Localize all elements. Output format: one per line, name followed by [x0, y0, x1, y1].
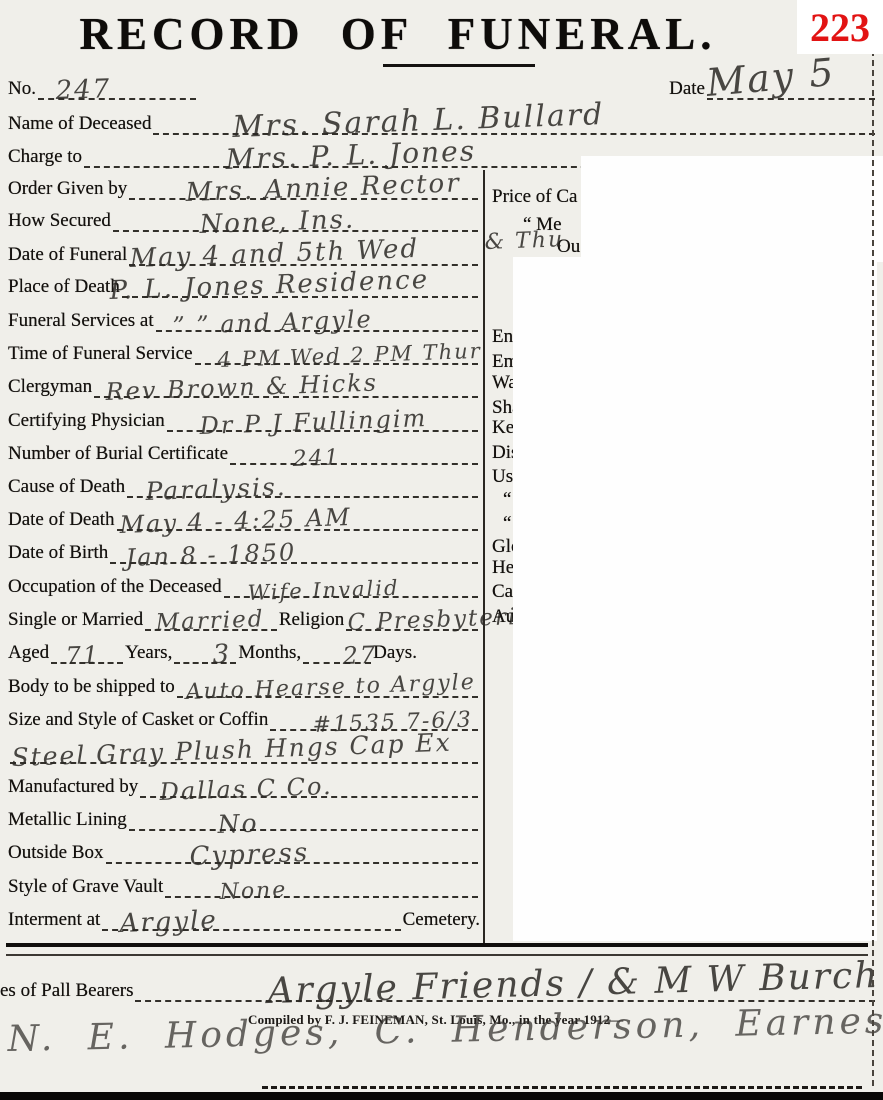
field-label: Body to be shipped to: [8, 676, 175, 698]
page-number-badge: 223: [797, 0, 883, 54]
form-row-14: Date of BirthJan 8 - 1850: [8, 534, 480, 564]
right-column-item-label: “: [503, 489, 511, 511]
form-row-3: Order Given byMrs. Annie Rector: [8, 170, 480, 200]
field-value: Argyle: [119, 908, 218, 937]
dotted-line: [165, 866, 478, 898]
field-value: 71: [65, 643, 100, 668]
form-row-12: Cause of DeathParalysis.: [8, 468, 480, 498]
field-label-aged: Aged: [8, 642, 49, 664]
field-label: Single or Married: [8, 609, 143, 631]
right-column-item-label: Us: [492, 466, 513, 488]
section-divider-rule: [6, 943, 868, 956]
funeral-record-document: RECORD OF FUNERAL. 223 No.Date247May 5Na…: [0, 0, 883, 1100]
redaction-box-main: [513, 257, 877, 941]
form-row-7: Funeral Services at” ” and Argyle: [8, 302, 480, 332]
field-label: Cause of Death: [8, 476, 125, 498]
page-title: RECORD OF FUNERAL.: [0, 8, 796, 60]
pall-bearers-label: es of Pall Bearers: [0, 980, 133, 1002]
field-label: Date of Funeral: [8, 244, 127, 266]
field-label: Size and Style of Casket or Coffin: [8, 709, 268, 731]
form-row-6: Place of DeathP. L. Jones Residence: [8, 268, 480, 298]
field-label-months: Months,: [238, 642, 301, 664]
field-value: 27: [342, 643, 377, 668]
right-column-handwriting-fragment: & Thu: [484, 229, 564, 254]
field-label: Charge to: [8, 146, 82, 168]
right-column-item-label: He: [492, 557, 514, 579]
field-label: Occupation of the Deceased: [8, 576, 222, 598]
form-row-21: Manufactured byDallas C Co.: [8, 768, 480, 798]
form-row-9: ClergymanRev Brown & Hicks: [8, 368, 480, 398]
field-label-days: Days.: [373, 642, 417, 664]
right-column-label: Price of Ca: [492, 186, 577, 208]
right-column-item-label: Ca: [492, 581, 513, 603]
form-row-15: Occupation of the DeceasedWife Invalid: [8, 568, 480, 598]
field-label: Metallic Lining: [8, 809, 127, 831]
field-label: Order Given by: [8, 178, 127, 200]
field-label: Certifying Physician: [8, 410, 165, 432]
form-row-22: Metallic LiningNo: [8, 801, 480, 831]
field-label-2: Religion: [279, 609, 344, 631]
form-row-20: Steel Gray Plush Hngs Cap Ex: [8, 734, 480, 764]
form-row-8: Time of Funeral Service4 PM Wed 2 PM Thu…: [8, 335, 480, 365]
column-divider-line: [483, 170, 485, 945]
form-row-24: Style of Grave VaultNone: [8, 868, 480, 898]
field-label: Date of Death: [8, 509, 115, 531]
field-label: Interment at: [8, 909, 100, 931]
field-label-years: Years,: [125, 642, 172, 664]
form-row-23: Outside BoxCypress: [8, 834, 480, 864]
form-row-19: Size and Style of Casket or Coffin#1535 …: [8, 701, 480, 731]
field-label: Place of Death: [8, 276, 120, 298]
redaction-box-top: [581, 156, 883, 262]
form-row-4: How SecuredNone, Ins.: [8, 202, 480, 232]
field-value: 3: [212, 641, 231, 668]
right-column-item-label: Ke: [492, 417, 514, 439]
form-row-18: Body to be shipped toAuto Hearse to Argy…: [8, 668, 480, 698]
right-column-item-label: En: [492, 326, 513, 348]
bottom-dashed-line: [262, 1086, 862, 1089]
title-underline: [383, 64, 535, 67]
field-label: Manufactured by: [8, 776, 138, 798]
field-value: Married: [155, 608, 265, 635]
form-row-13: Date of DeathMay 4 - 4:25 AM: [8, 501, 480, 531]
field-value: 247: [55, 76, 112, 104]
right-column-item-label: Au: [492, 606, 515, 628]
form-row-16: Single or MarriedReligionMarriedC Presby…: [8, 601, 480, 631]
field-label: Date of Birth: [8, 542, 108, 564]
field-label: Style of Grave Vault: [8, 876, 163, 898]
field-label-date: Date: [669, 78, 705, 100]
pall-bearers-names-line: N. E. Hodges, C. Henderson, Earnest Hane…: [7, 1000, 883, 1058]
field-value: May 5: [705, 53, 837, 102]
field-label: How Secured: [8, 210, 111, 232]
page-number: 223: [810, 4, 870, 51]
field-label: Funeral Services at: [8, 310, 154, 332]
right-edge-dashed-line: [872, 0, 874, 1086]
right-column-item-label: “: [503, 513, 511, 535]
form-row-17: AgedYears,Months,Days.71327: [8, 634, 480, 664]
field-label: Clergyman: [8, 376, 92, 398]
field-label: Name of Deceased: [8, 113, 151, 135]
dotted-line: [129, 799, 478, 831]
field-label: Number of Burial Certificate: [8, 443, 228, 465]
dotted-line: [230, 433, 478, 465]
form-row-5: Date of FuneralMay 4 and 5th Wed: [8, 236, 480, 266]
form-row-11: Number of Burial Certificate241: [8, 435, 480, 465]
field-suffix: Cemetery.: [403, 909, 480, 931]
field-label-no: No.: [8, 78, 36, 100]
field-label: Time of Funeral Service: [8, 343, 193, 365]
form-row-1: Name of DeceasedMrs. Sarah L. Bullard: [8, 105, 877, 135]
pall-bearers-row: es of Pall Bearers Argyle Friends / & M …: [0, 972, 877, 1002]
form-row-10: Certifying PhysicianDr P J Fullingim: [8, 402, 480, 432]
form-row-0: No.Date247May 5: [8, 70, 877, 100]
field-label: Outside Box: [8, 842, 104, 864]
form-row-25: Interment atCemetery.Argyle: [8, 901, 480, 931]
bottom-black-bar: [0, 1092, 883, 1100]
